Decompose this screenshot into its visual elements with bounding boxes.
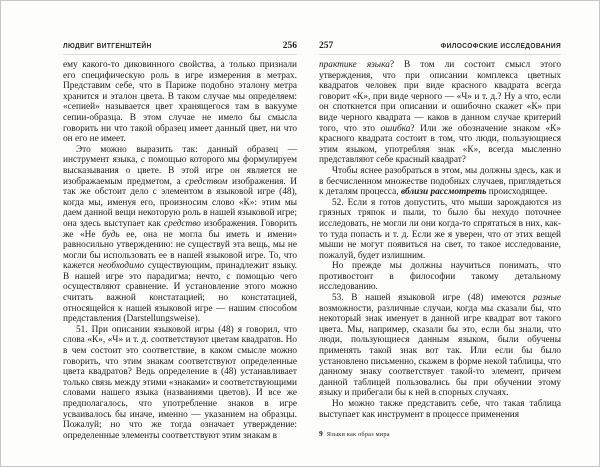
paragraph: Но можно также представить себе, что так… [319,399,561,420]
signature-mark-line: 9Языки как образ мира [319,423,561,441]
running-head-left: ЛЮДВИГ ВИТГЕНШТЕЙН 256 [63,41,297,55]
paragraph: ему какого-то диковинного свойства, а то… [63,60,297,145]
page-number-right: 257 [319,41,333,51]
paragraph: 53. В нашей языковой игре (48) имеются р… [319,293,561,399]
paragraph: практике языка? В том ли состоит смысл э… [319,60,561,166]
page-right-body: практике языка? В том ли состоит смысл э… [319,60,561,420]
paragraph: Это можно выразить так: данный образец —… [63,145,297,325]
paragraph: 52. Если я готов допустить, что мыши зар… [319,198,561,262]
book-title-footer: Языки как образ мира [327,431,390,438]
book-spread: ЛЮДВИГ ВИТГЕНШТЕЙН 256 ему какого-то дик… [0,0,600,467]
page-left: ЛЮДВИГ ВИТГЕНШТЕЙН 256 ему какого-то дик… [63,41,297,441]
author-running-title: ЛЮДВИГ ВИТГЕНШТЕЙН [63,43,152,50]
paragraph: Но прежде мы должны научиться понимать, … [319,261,561,293]
signature-number: 9 [319,429,323,438]
paragraph: Чтобы яснее разобраться в этом, мы должн… [319,166,561,198]
running-head-right: 257 ФИЛОСОФСКИЕ ИССЛЕДОВАНИЯ [319,41,561,55]
paragraph: 51. При описании языковой игры (48) я го… [63,325,297,442]
page-number-left: 256 [283,41,297,51]
book-running-title: ФИЛОСОФСКИЕ ИССЛЕДОВАНИЯ [441,43,561,50]
page-left-body: ему какого-то диковинного свойства, а то… [63,60,297,441]
page-right: 257 ФИЛОСОФСКИЕ ИССЛЕДОВАНИЯ практике яз… [319,41,561,441]
